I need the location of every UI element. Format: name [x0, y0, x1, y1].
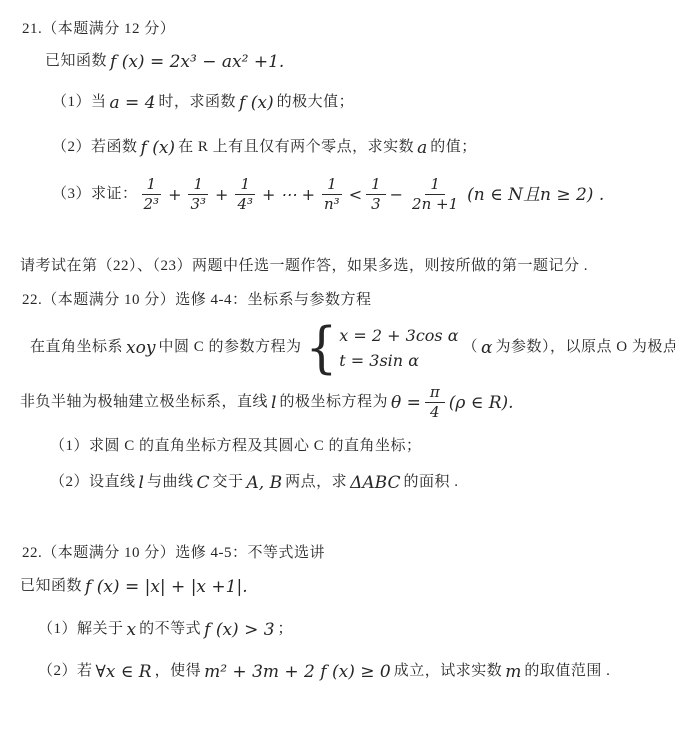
q23-given-formula: f (x) = |x| + |x +1|.: [85, 577, 248, 597]
q22-part2-pre: （2）设直线: [50, 473, 136, 493]
parametric-equation-x: x = 2 + 3cos α: [339, 326, 458, 345]
q22-para2-pre: 非负半轴为极轴建立极坐标系，直线: [20, 393, 268, 413]
fraction-denominator: 2³: [139, 195, 165, 213]
q23-part2-inequality: m² + 3m + 2 f (x) ≥ 0: [204, 662, 391, 682]
fraction-1-over-3cubed: 1 3³: [185, 176, 211, 214]
q22-part2-line: （2）设直线 l 与曲线 C 交于 A, B 两点，求 ΔABC 的面积 .: [50, 473, 458, 493]
fraction-denominator: 4: [425, 403, 445, 421]
q21-part1-math2: f (x): [239, 93, 274, 113]
q22-para1-paren-open: （: [463, 338, 479, 358]
q21-part2-math2: a: [417, 138, 427, 158]
minus-operator: −: [390, 185, 403, 204]
fraction-numerator: 1: [322, 176, 342, 195]
q22-para2-line: 非负半轴为极轴建立极坐标系，直线 l 的极坐标方程为 θ = π 4 (ρ ∈ …: [20, 384, 517, 422]
q22-part2-curve-var: C: [196, 473, 209, 493]
plus-operator: +: [168, 185, 181, 204]
q22-para2-rho-condition: (ρ ∈ R).: [449, 393, 514, 413]
q21-part1-mid: 时，求函数: [159, 93, 237, 113]
q23-part2-forall: ∀x ∈ R: [96, 662, 152, 682]
q22-para1-xoy: xoy: [126, 338, 155, 358]
q21-part1-line: （1）当 a = 4 时，求函数 f (x) 的极大值；: [52, 93, 354, 113]
choice-notice-text: 请考试在第（22）、（23）两题中任选一题作答，如果多选，则按所做的第一题记分 …: [20, 257, 588, 277]
q21-part2-post: 的值；: [430, 138, 477, 158]
q22-para2-theta-equals: θ =: [391, 393, 421, 413]
q22-para1-line: 在直角坐标系 xoy 中圆 C 的参数方程为 { x = 2 + 3cos α …: [30, 323, 675, 373]
q22-part2-mid3: 两点，求: [285, 473, 347, 493]
plus-ellipsis-plus: + ⋯ +: [262, 185, 315, 204]
q21-header-text: 21.（本题满分 12 分）: [22, 20, 175, 40]
fraction-denominator: 3³: [185, 195, 211, 213]
q21-given-label: 已知函数: [45, 52, 107, 72]
q23-part2-mid1: ，使得: [155, 662, 202, 682]
fraction-denominator: 3: [366, 195, 386, 213]
fraction-1-over-2cubed: 1 2³: [139, 176, 165, 214]
q22-header-text: 22.（本题满分 10 分）选修 4-4：坐标系与参数方程: [22, 291, 372, 311]
q23-part1-post: ；: [278, 620, 294, 640]
q23-part1-mid: 的不等式: [139, 620, 201, 640]
parametric-equation-t: t = 3sin α: [339, 351, 458, 370]
q22-para1-mid: 中圆 C 的参数方程为: [158, 338, 301, 358]
q23-part2-pre: （2）若: [38, 662, 93, 682]
q23-given-line: 已知函数 f (x) = |x| + |x +1|.: [20, 577, 251, 597]
q23-part2-line: （2）若 ∀x ∈ R ，使得 m² + 3m + 2 f (x) ≥ 0 成立…: [38, 662, 610, 682]
q22-part2-points: A, B: [247, 473, 283, 493]
choice-notice: 请考试在第（22）、（23）两题中任选一题作答，如果多选，则按所做的第一题记分 …: [20, 257, 588, 277]
exam-document: 21.（本题满分 12 分） 已知函数 f (x) = 2x³ − ax² +1…: [0, 0, 675, 731]
q21-part3-condition: (n ∈ N且n ≥ 2) .: [467, 185, 604, 205]
fraction-numerator: 1: [366, 176, 386, 195]
q22-part2-triangle: ΔABC: [350, 473, 400, 493]
q21-part3-line: （3）求证： 1 2³ + 1 3³ + 1 4³ + ⋯ + 1 n³ < 1…: [52, 176, 607, 214]
fraction-numerator: π: [425, 384, 445, 403]
parametric-equation-rows: x = 2 + 3cos α t = 3sin α: [339, 326, 458, 369]
q22-para2-mid: 的极坐标方程为: [279, 393, 388, 413]
q21-given-line: 已知函数 f (x) = 2x³ − ax² +1.: [45, 52, 287, 72]
q22-part2-line-var: l: [139, 473, 144, 493]
fraction-numerator: 1: [188, 176, 208, 195]
q23-part1-pre: （1）解关于: [38, 620, 124, 640]
q23-given-label: 已知函数: [20, 577, 82, 597]
q23-part1-line: （1）解关于 x 的不等式 f (x) > 3 ；: [38, 620, 293, 640]
q23-part2-post: 的取值范围 .: [524, 662, 610, 682]
less-than-operator: <: [349, 185, 362, 204]
fraction-numerator: 1: [425, 176, 445, 195]
q23-header-text: 22.（本题满分 10 分）选修 4-5：不等式选讲: [22, 544, 325, 564]
q21-part2-pre: （2）若函数: [52, 138, 138, 158]
q21-part1-post: 的极大值；: [277, 93, 355, 113]
plus-operator: +: [215, 185, 228, 204]
fraction-1-over-2n-plus-1: 1 2n +1: [407, 176, 463, 214]
q21-part1-math1: a = 4: [110, 93, 156, 113]
q21-part2-line: （2）若函数 f (x) 在 R 上有且仅有两个零点，求实数 a 的值；: [52, 138, 477, 158]
q23-part2-mid2: 成立，试求实数: [394, 662, 503, 682]
fraction-denominator: 2n +1: [407, 195, 463, 213]
q23-part1-inequality: f (x) > 3: [204, 620, 274, 640]
fraction-numerator: 1: [235, 176, 255, 195]
q22-para1-alpha: α: [481, 338, 492, 358]
q22-part1-text: （1）求圆 C 的直角坐标方程及其圆心 C 的直角坐标；: [50, 437, 422, 457]
q21-part3-pre: （3）求证：: [52, 185, 138, 205]
q22-part2-mid2: 交于: [212, 473, 243, 493]
q22-para1-mid2: 为参数），以原点 O 为极点，: [496, 338, 675, 358]
parametric-equation-system: { x = 2 + 3cos α t = 3sin α: [305, 323, 458, 373]
fraction-denominator: n³: [319, 195, 345, 213]
q23-header: 22.（本题满分 10 分）选修 4-5：不等式选讲: [22, 544, 325, 564]
fraction-denominator: 4³: [232, 195, 258, 213]
q21-header: 21.（本题满分 12 分）: [22, 20, 175, 40]
q23-part2-m-var: m: [505, 662, 521, 682]
fraction-1-over-3: 1 3: [366, 176, 386, 214]
q22-para2-line-var: l: [271, 393, 276, 413]
q22-part2-post: 的面积 .: [403, 473, 458, 493]
q22-part1-line: （1）求圆 C 的直角坐标方程及其圆心 C 的直角坐标；: [50, 437, 422, 457]
left-brace-glyph: {: [305, 321, 337, 376]
q21-part2-math1: f (x): [141, 138, 176, 158]
q22-para1-pre: 在直角坐标系: [30, 338, 123, 358]
q22-header: 22.（本题满分 10 分）选修 4-4：坐标系与参数方程: [22, 291, 372, 311]
fraction-pi-over-4: π 4: [425, 384, 445, 422]
fraction-1-over-ncubed: 1 n³: [319, 176, 345, 214]
q21-part2-mid: 在 R 上有且仅有两个零点，求实数: [178, 138, 414, 158]
q21-given-formula: f (x) = 2x³ − ax² +1.: [110, 52, 284, 72]
q23-part1-var: x: [127, 620, 137, 640]
q21-part1-pre: （1）当: [52, 93, 107, 113]
q22-part2-mid1: 与曲线: [147, 473, 194, 493]
fraction-numerator: 1: [142, 176, 162, 195]
fraction-1-over-4cubed: 1 4³: [232, 176, 258, 214]
